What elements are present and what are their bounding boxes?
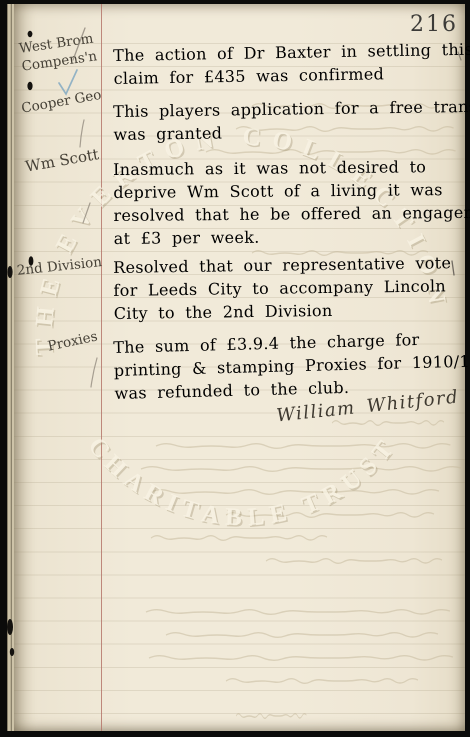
vote-tally-mark (452, 261, 454, 275)
pencil-tick (83, 203, 90, 223)
ink-blot (28, 31, 33, 37)
pencil-stroke (80, 120, 84, 147)
pencil-stroke (91, 358, 97, 387)
ink-blot (27, 82, 32, 90)
blue-check-mark (59, 70, 77, 94)
binding-mark (7, 266, 12, 278)
pencil-slash (73, 28, 85, 60)
binding-mark (7, 619, 13, 635)
binding-mark (10, 648, 14, 656)
ink-mark (458, 52, 461, 60)
scanned-minute-book-page: THE EVERTON COLLECTION CHARITABLE TRUST … (0, 0, 470, 737)
annotation-marks (0, 0, 470, 737)
ink-blot (29, 256, 34, 266)
